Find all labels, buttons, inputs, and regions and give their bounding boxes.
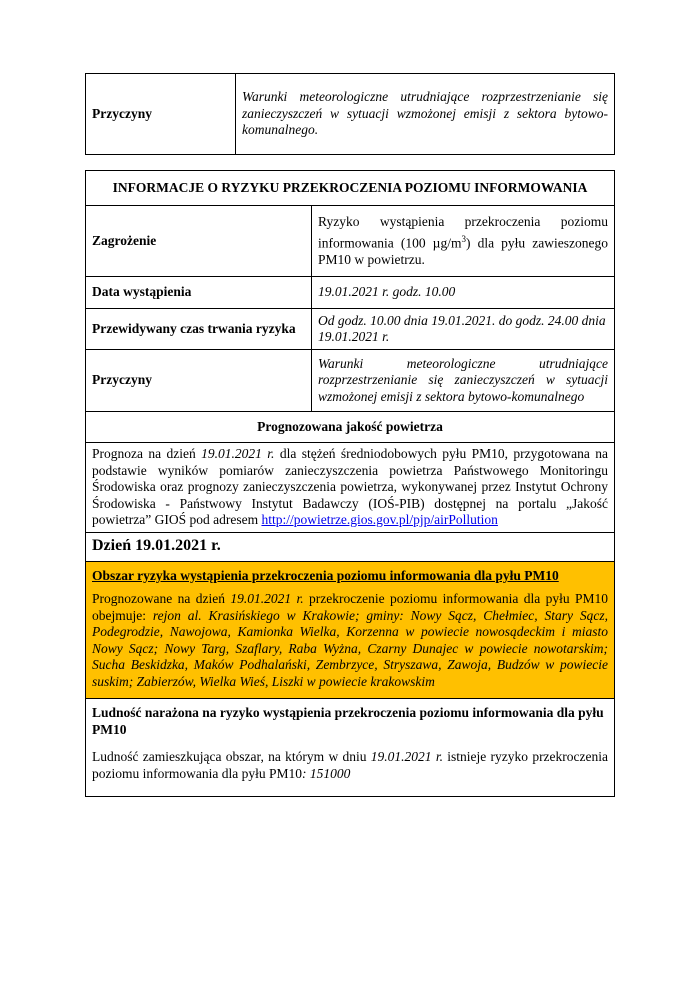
causes-value-2: Warunki meteorologiczne utrudniające roz… — [312, 350, 615, 412]
causes-label-2: Przyczyny — [86, 350, 312, 412]
day-title: Dzień 19.01.2021 r. — [86, 532, 615, 561]
forecast-text: Prognoza na dzień 19.01.2021 r. dla stęż… — [86, 443, 615, 533]
duration-label: Przewidywany czas trwania ryzyka — [86, 309, 312, 350]
forecast-text-1: Prognoza na dzień — [92, 446, 201, 461]
population-text-1: Ludność zamieszkująca obszar, na którym … — [92, 749, 371, 764]
date-value: 19.01.2021 r. godz. 10.00 — [312, 277, 615, 309]
causes-label: Przyczyny — [86, 74, 236, 155]
table-row: Przyczyny Warunki meteorologiczne utrudn… — [86, 350, 615, 412]
table-row: Data wystąpienia 19.01.2021 r. godz. 10.… — [86, 277, 615, 309]
date-label: Data wystąpienia — [86, 277, 312, 309]
causes-table-top: Przyczyny Warunki meteorologiczne utrudn… — [85, 73, 615, 155]
duration-value: Od godz. 10.00 dnia 19.01.2021. do godz.… — [312, 309, 615, 350]
forecast-title: Prognozowana jakość powietrza — [86, 412, 615, 443]
risk-info-header: INFORMACJE O RYZYKU PRZEKROCZENIA POZIOM… — [86, 171, 615, 206]
population-value: : 151000 — [302, 766, 350, 781]
area-text-1: Prognozowane na dzień — [92, 591, 230, 606]
area-title: Obszar ryzyka wystąpienia przekroczenia … — [86, 561, 615, 587]
area-list: rejon al. Krasińskiego w Krakowie; gminy… — [92, 608, 608, 689]
threat-value: Ryzyko wystąpienia przekroczenia poziomu… — [312, 206, 615, 277]
table-row: Przewidywany czas trwania ryzyka Od godz… — [86, 309, 615, 350]
forecast-date: 19.01.2021 r. — [201, 446, 274, 461]
table-row: Zagrożenie Ryzyko wystąpienia przekrocze… — [86, 206, 615, 277]
area-date: 19.01.2021 r. — [230, 591, 303, 606]
threat-label: Zagrożenie — [86, 206, 312, 277]
population-date: 19.01.2021 r. — [371, 749, 443, 764]
population-title: Ludność narażona na ryzyko wystąpienia p… — [86, 699, 615, 742]
causes-value: Warunki meteorologiczne utrudniające roz… — [236, 74, 615, 155]
risk-info-table: INFORMACJE O RYZYKU PRZEKROCZENIA POZIOM… — [85, 170, 615, 797]
population-text: Ludność zamieszkująca obszar, na którym … — [86, 741, 615, 797]
area-text: Prognozowane na dzień 19.01.2021 r. prze… — [86, 587, 615, 699]
forecast-link[interactable]: http://powietrze.gios.gov.pl/pjp/airPoll… — [261, 512, 497, 527]
